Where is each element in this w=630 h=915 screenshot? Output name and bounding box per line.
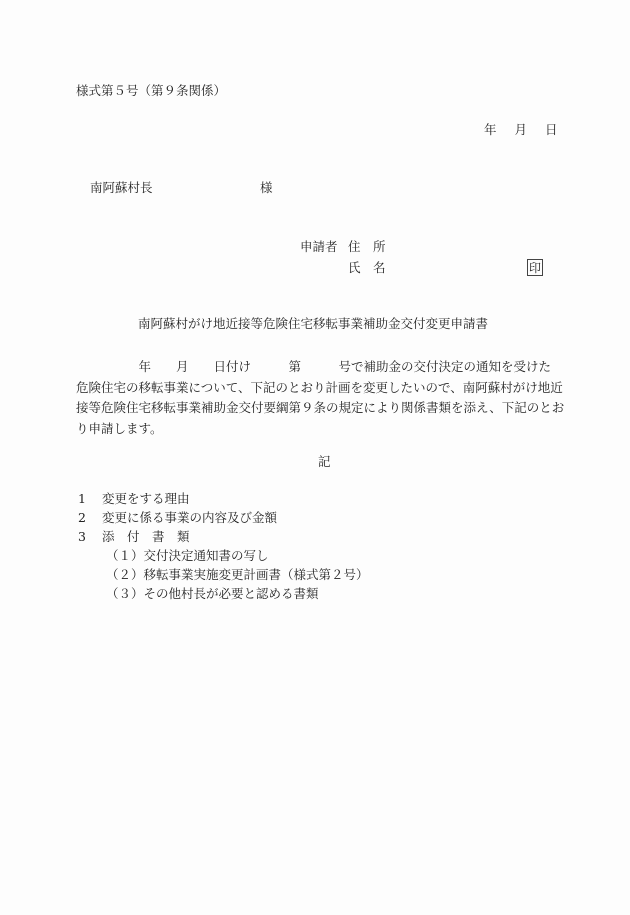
item-number: 3 bbox=[78, 531, 102, 544]
addressee-name: 南阿蘇村長 bbox=[90, 180, 153, 195]
body-line: り申請します。 bbox=[76, 419, 586, 440]
body-paragraph: 年 月 日付け 第 号で補助金の交付決定の通知を受けた 危険住宅の移転事業につい… bbox=[76, 357, 586, 439]
date-line: 年月日 bbox=[484, 124, 558, 137]
item-text: 添 付 書 類 bbox=[102, 529, 190, 544]
day-label: 日 bbox=[545, 124, 558, 137]
address-label: 住 所 bbox=[348, 241, 386, 254]
body-line: 年 月 日付け 第 号で補助金の交付決定の通知を受けた bbox=[76, 357, 586, 378]
addressee: 南阿蘇村長 様 bbox=[90, 182, 153, 195]
body-line: 接等危険住宅移転事業補助金交付要綱第９条の規定により関係書類を添え、下記のとお bbox=[76, 398, 586, 419]
attachment-item: （３）その他村長が必要と認める書類 bbox=[78, 588, 369, 607]
seal-mark: 印 bbox=[527, 259, 543, 276]
month-label: 月 bbox=[515, 124, 528, 137]
ki-heading: 記 bbox=[318, 456, 331, 469]
item-number: 1 bbox=[78, 493, 102, 506]
form-number: 様式第５号（第９条関係） bbox=[76, 85, 226, 98]
item-text: 変更に係る事業の内容及び金額 bbox=[102, 510, 277, 525]
item-number: 2 bbox=[78, 512, 102, 525]
body-line: 危険住宅の移転事業について、下記のとおり計画を変更したいので、南阿蘇村がけ地近 bbox=[76, 378, 586, 399]
item-list: 1変更をする理由 2変更に係る事業の内容及び金額 3添 付 書 類 （１）交付決… bbox=[78, 493, 369, 607]
name-label: 氏 名 bbox=[348, 262, 386, 275]
item-text: 変更をする理由 bbox=[102, 491, 190, 506]
addressee-honorific: 様 bbox=[260, 182, 273, 195]
applicant-label: 申請者 bbox=[300, 241, 338, 254]
document-title: 南阿蘇村がけ地近接等危険住宅移転事業補助金交付変更申請書 bbox=[138, 318, 488, 331]
year-label: 年 bbox=[484, 124, 497, 137]
